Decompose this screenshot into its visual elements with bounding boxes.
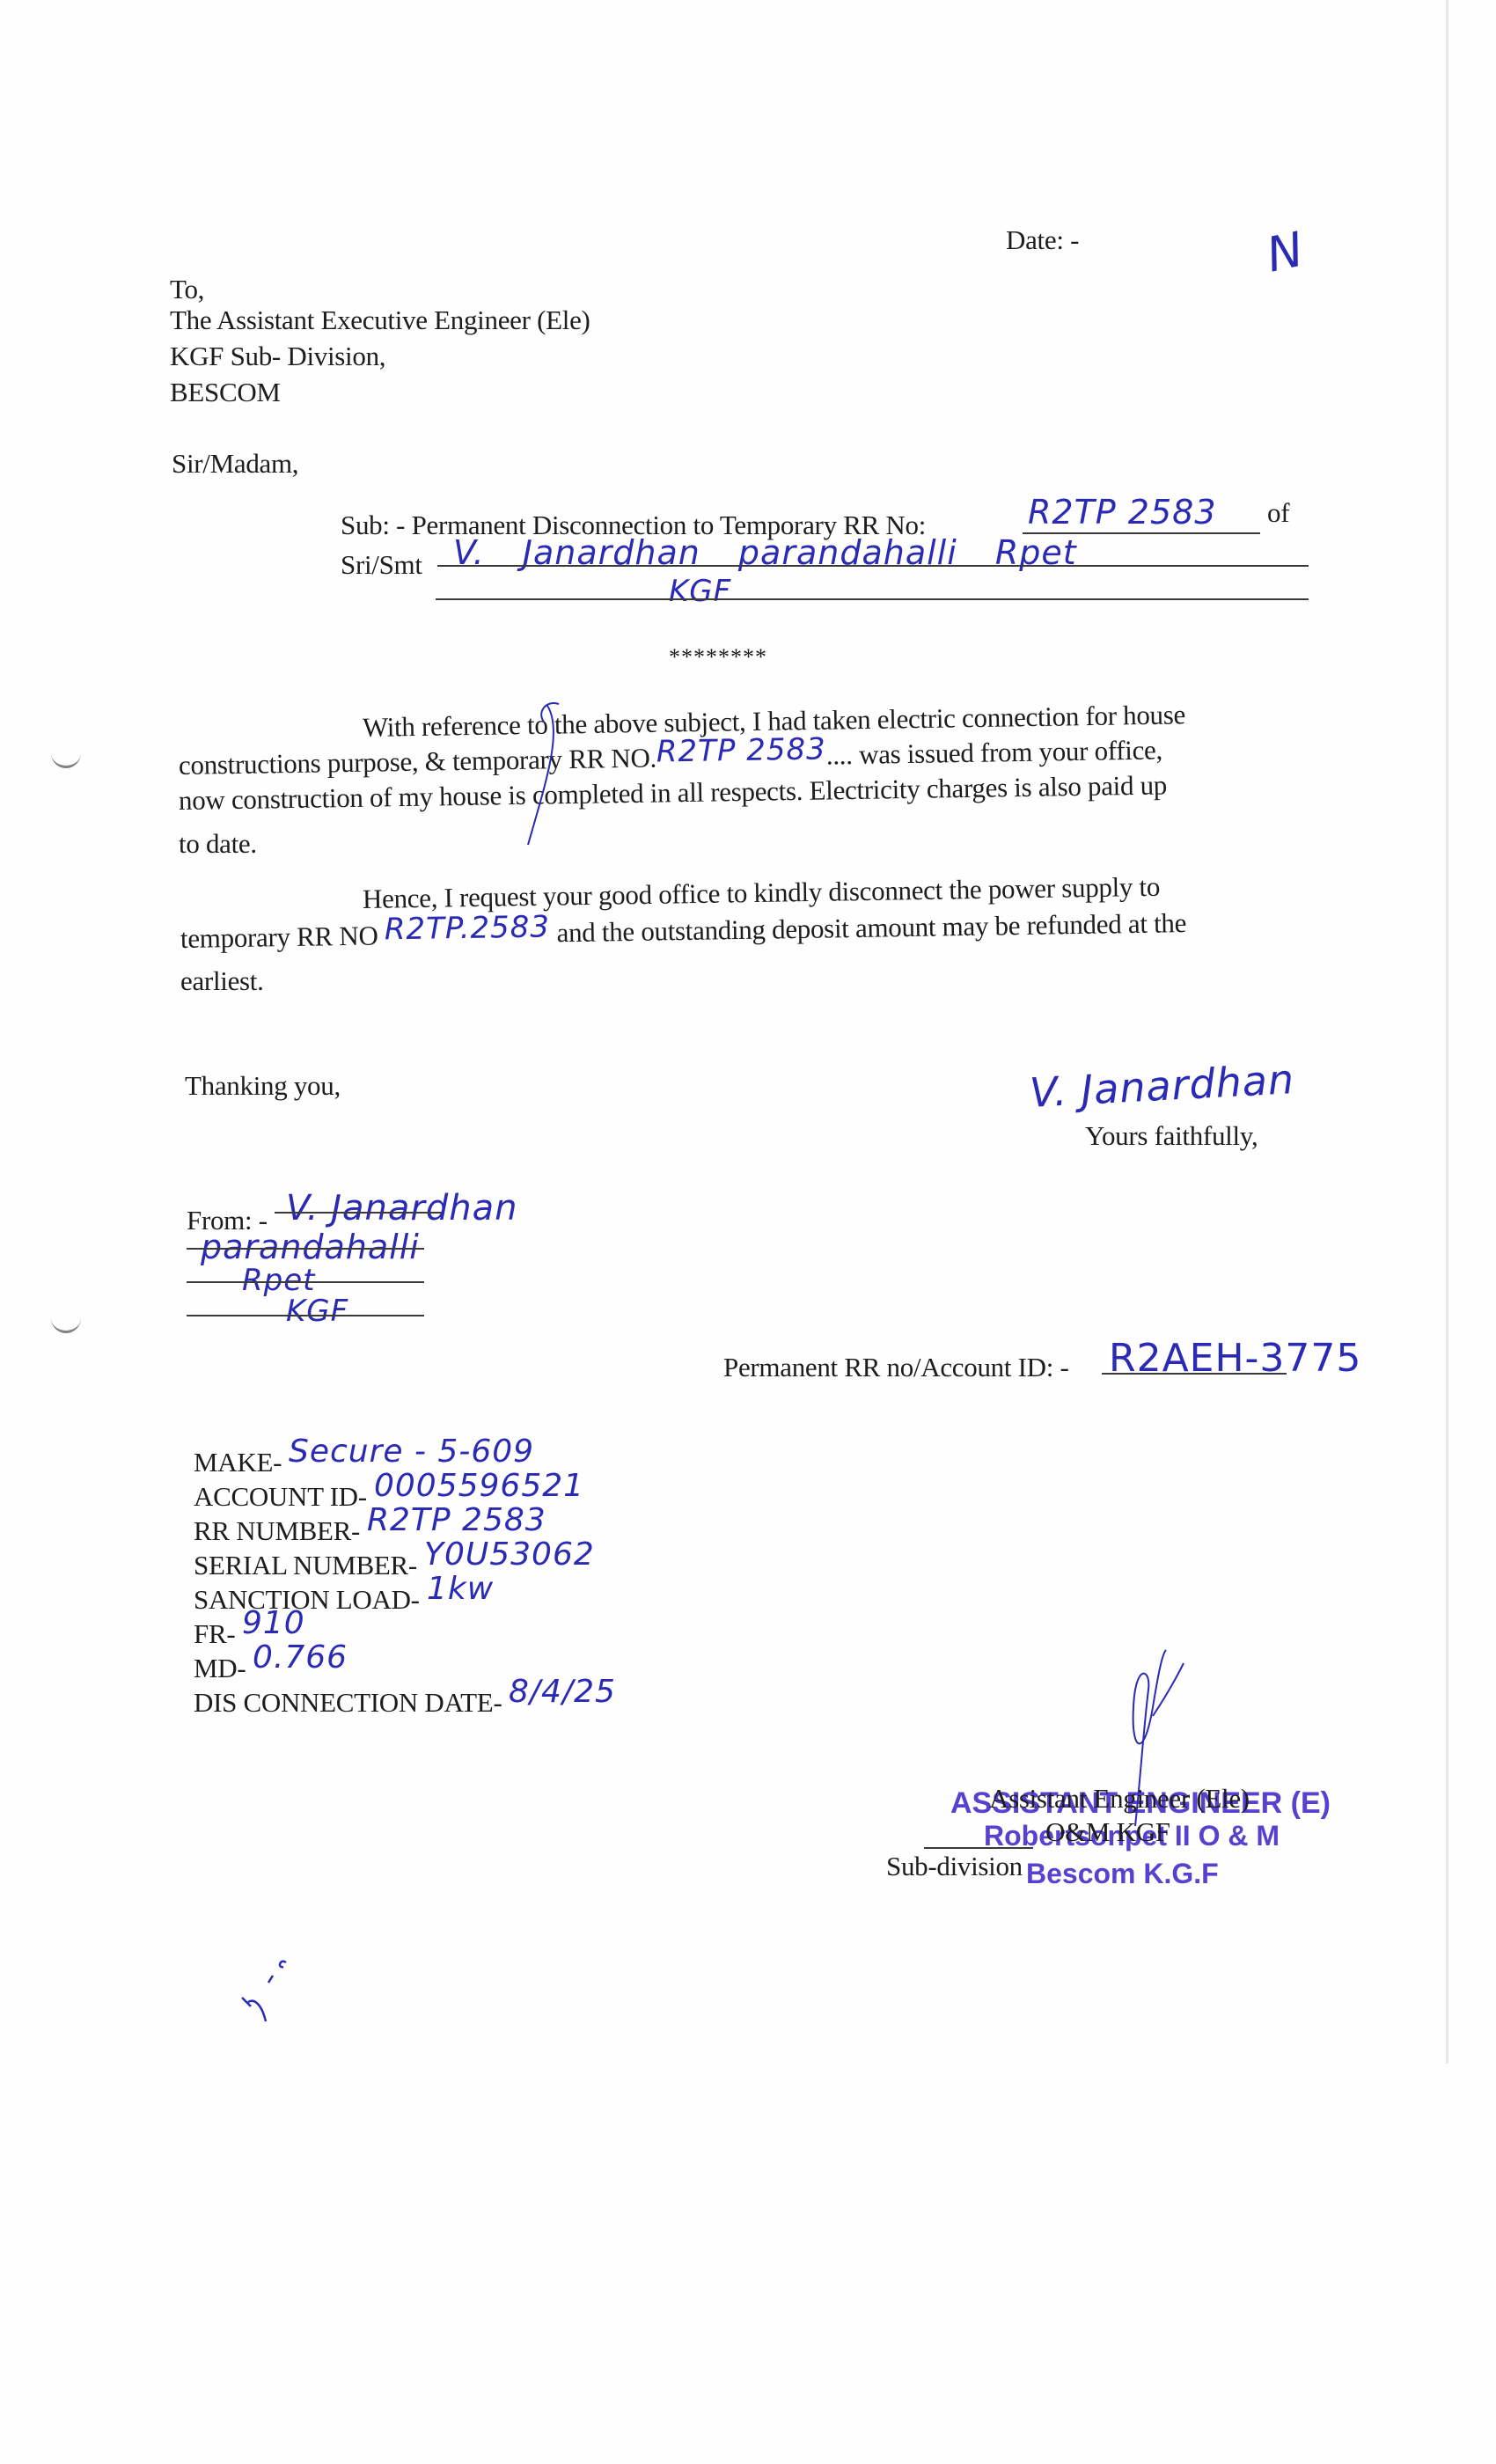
para1-line2-post: .... was issued from your office, [826,734,1163,770]
meter-detail-value: 0005596521 [374,1468,584,1504]
para2-line2-post: and the outstanding deposit amount may b… [556,907,1186,948]
subject-name-underline-2 [436,598,1309,600]
from-line-1: V. Janardhan [286,1188,517,1228]
meter-detail-label: FR- [194,1617,235,1651]
subject-name-line-2: KGF [669,574,731,609]
addressee-line-3: BESCOM [170,376,281,409]
punch-hole-mark [51,746,81,768]
meter-detail-label: MAKE- [194,1446,282,1479]
meter-detail-label: ACCOUNT ID- [194,1480,367,1514]
officer-line-1: Assistant Engineer (Ele) [989,1782,1250,1815]
meter-detail-value: 910 [242,1605,305,1641]
greeting: Sir/Madam, [172,447,298,480]
meter-detail-value: R2TP 2583 [367,1502,546,1538]
from-underline-3 [187,1281,424,1283]
subject-name-underline [437,565,1309,567]
para2-rr-handwritten: R2TP.2583 [385,909,551,947]
permanent-rr-underline [1102,1373,1287,1375]
thanking-you: Thanking you, [185,1069,341,1103]
initial-mark: N [1262,221,1309,282]
meter-detail-value: Y0U53062 [424,1536,595,1573]
addressee-line-1: The Assistant Executive Engineer (Ele) [170,304,590,337]
para1-line2-pre: constructions purpose, & temporary RR NO… [179,742,657,781]
stray-ink-mark [238,1958,308,2028]
para1-line4: to date. [179,827,257,861]
from-line-2: parandahalli [201,1228,420,1266]
meter-detail-label: MD- [194,1652,246,1685]
meter-detail-value: 8/4/25 [509,1674,616,1710]
from-line-4: KGF [286,1294,348,1329]
para2-line2-pre: temporary RR NO [180,920,378,954]
meter-detail-label: SERIAL NUMBER- [194,1549,417,1582]
letter-page: Date: - N To, The Assistant Executive En… [0,0,1496,2464]
from-line-3: Rpet [242,1263,315,1298]
from-underline-1 [275,1212,442,1214]
pen-mark [475,695,581,854]
officer-line-2: O&M KGF [1045,1815,1170,1849]
applicant-signature: V. Janardhan [1029,1055,1296,1117]
subject-name-label: Sri/Smt [341,548,422,582]
meter-detail-value: 1kw [427,1571,494,1607]
permanent-rr-label: Permanent RR no/Account ID: - [723,1351,1069,1384]
to-label: To, [170,273,204,306]
addressee-line-2: KGF Sub- Division, [170,340,385,373]
yours-faithfully: Yours faithfully, [1085,1119,1258,1153]
from-underline-4 [187,1315,424,1316]
para1-rr-handwritten: R2TP 2583 [656,731,826,769]
meter-detail-label: RR NUMBER- [194,1514,360,1548]
para2-line2: temporary RR NO R2TP.2583 and the outsta… [180,906,1187,956]
scan-edge-line [1446,0,1448,2064]
officer-underline [924,1847,1033,1849]
punch-hole-mark [51,1311,81,1333]
date-label: Date: - [1006,224,1079,257]
para2-line3: earliest. [180,964,264,998]
subject-rr-number: R2TP 2583 [1028,493,1217,532]
subject-of-label: of [1267,496,1289,530]
meter-detail-value: 0.766 [253,1639,348,1676]
meter-detail-label: SANCTION LOAD- [194,1583,420,1617]
meter-detail-value: Secure - 5-609 [289,1434,534,1470]
stamp-line-3: Bescom K.G.F [1026,1858,1219,1890]
meter-detail-label: DIS CONNECTION DATE- [194,1686,502,1720]
officer-line-3: Sub-division [886,1850,1023,1883]
separator-asterisks: ******** [669,641,767,674]
from-underline-2 [187,1248,424,1250]
